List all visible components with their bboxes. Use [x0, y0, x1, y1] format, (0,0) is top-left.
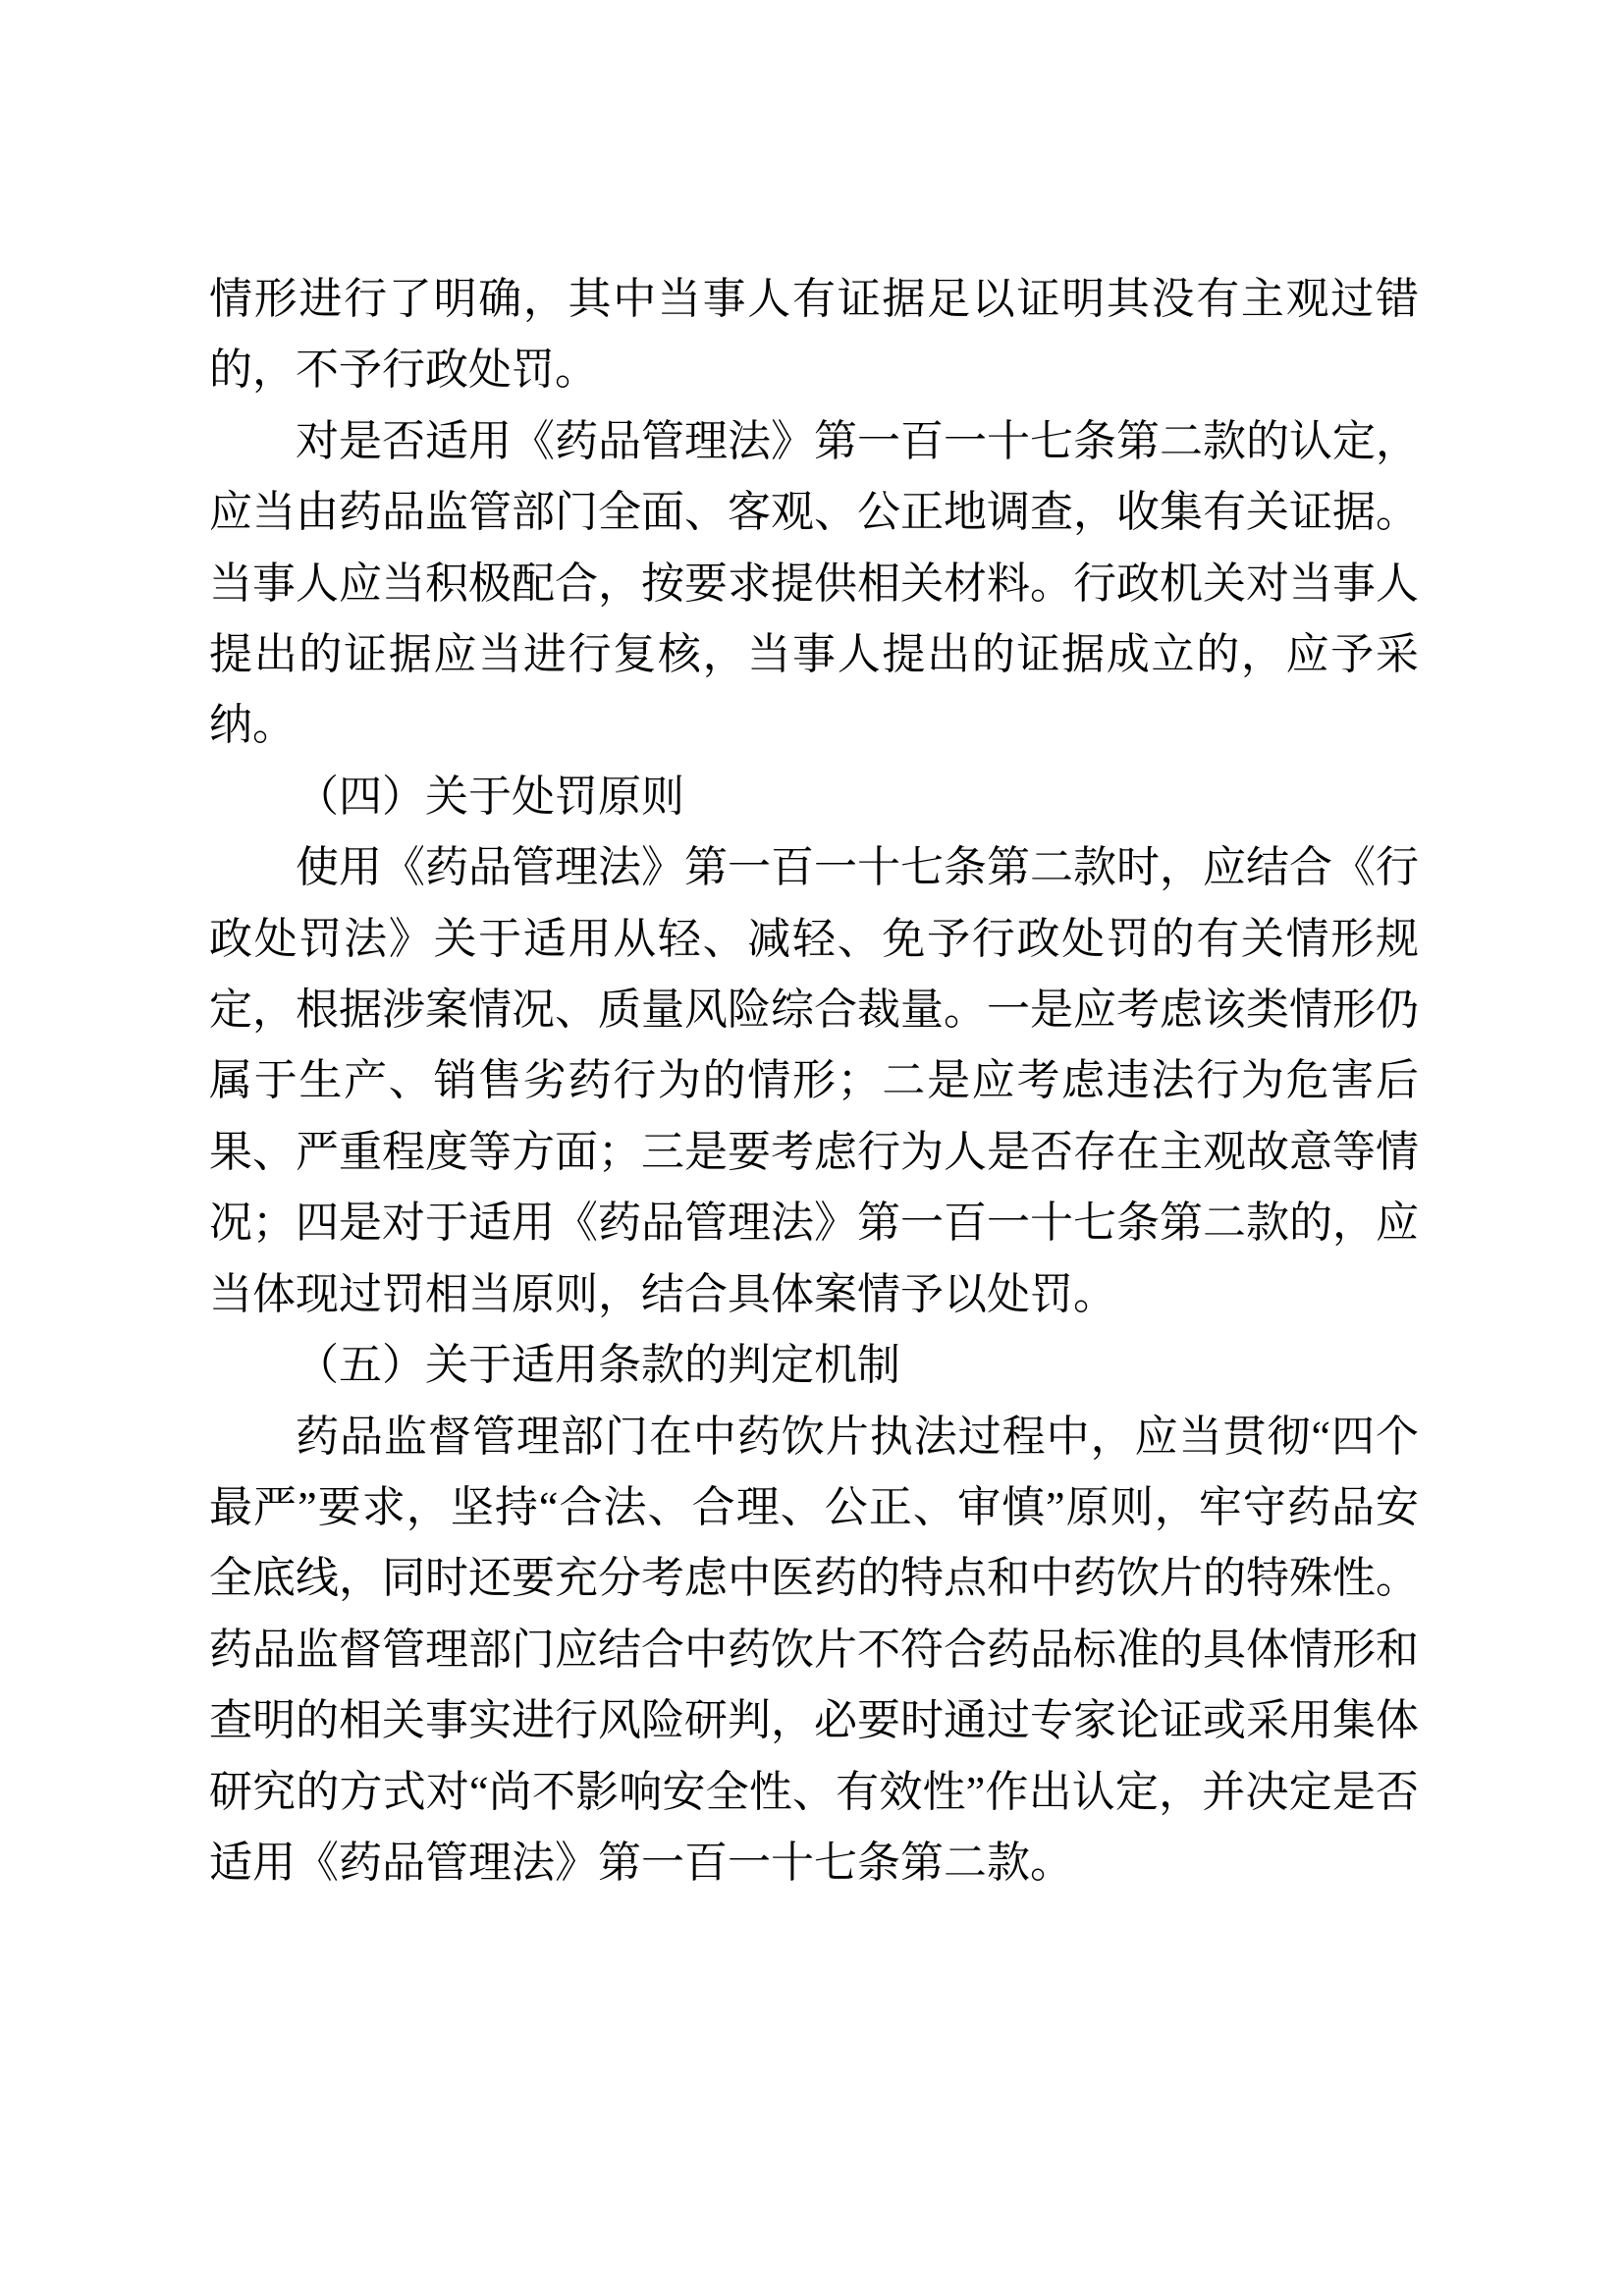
section-heading-5: （五）关于适用条款的判定机制	[209, 1330, 1419, 1401]
paragraph-penalty-principles: 使用《药品管理法》第一百一十七条第二款时，应结合《行政处罚法》关于适用从轻、减轻…	[209, 832, 1419, 1330]
document-page: 情形进行了明确，其中当事人有证据足以证明其没有主观过错的，不予行政处罚。 对是否…	[0, 0, 1624, 2296]
document-text-block: 情形进行了明确，其中当事人有证据足以证明其没有主观过错的，不予行政处罚。 对是否…	[209, 264, 1419, 1898]
paragraph-applicability-mechanism: 药品监督管理部门在中药饮片执法过程中，应当贯彻“四个最严”要求，坚持“合法、合理…	[209, 1402, 1419, 1899]
paragraph-determination: 对是否适用《药品管理法》第一百一十七条第二款的认定，应当由药品监管部门全面、客观…	[209, 406, 1419, 762]
section-heading-4: （四）关于处罚原则	[209, 762, 1419, 832]
paragraph-continuation: 情形进行了明确，其中当事人有证据足以证明其没有主观过错的，不予行政处罚。	[209, 264, 1419, 406]
